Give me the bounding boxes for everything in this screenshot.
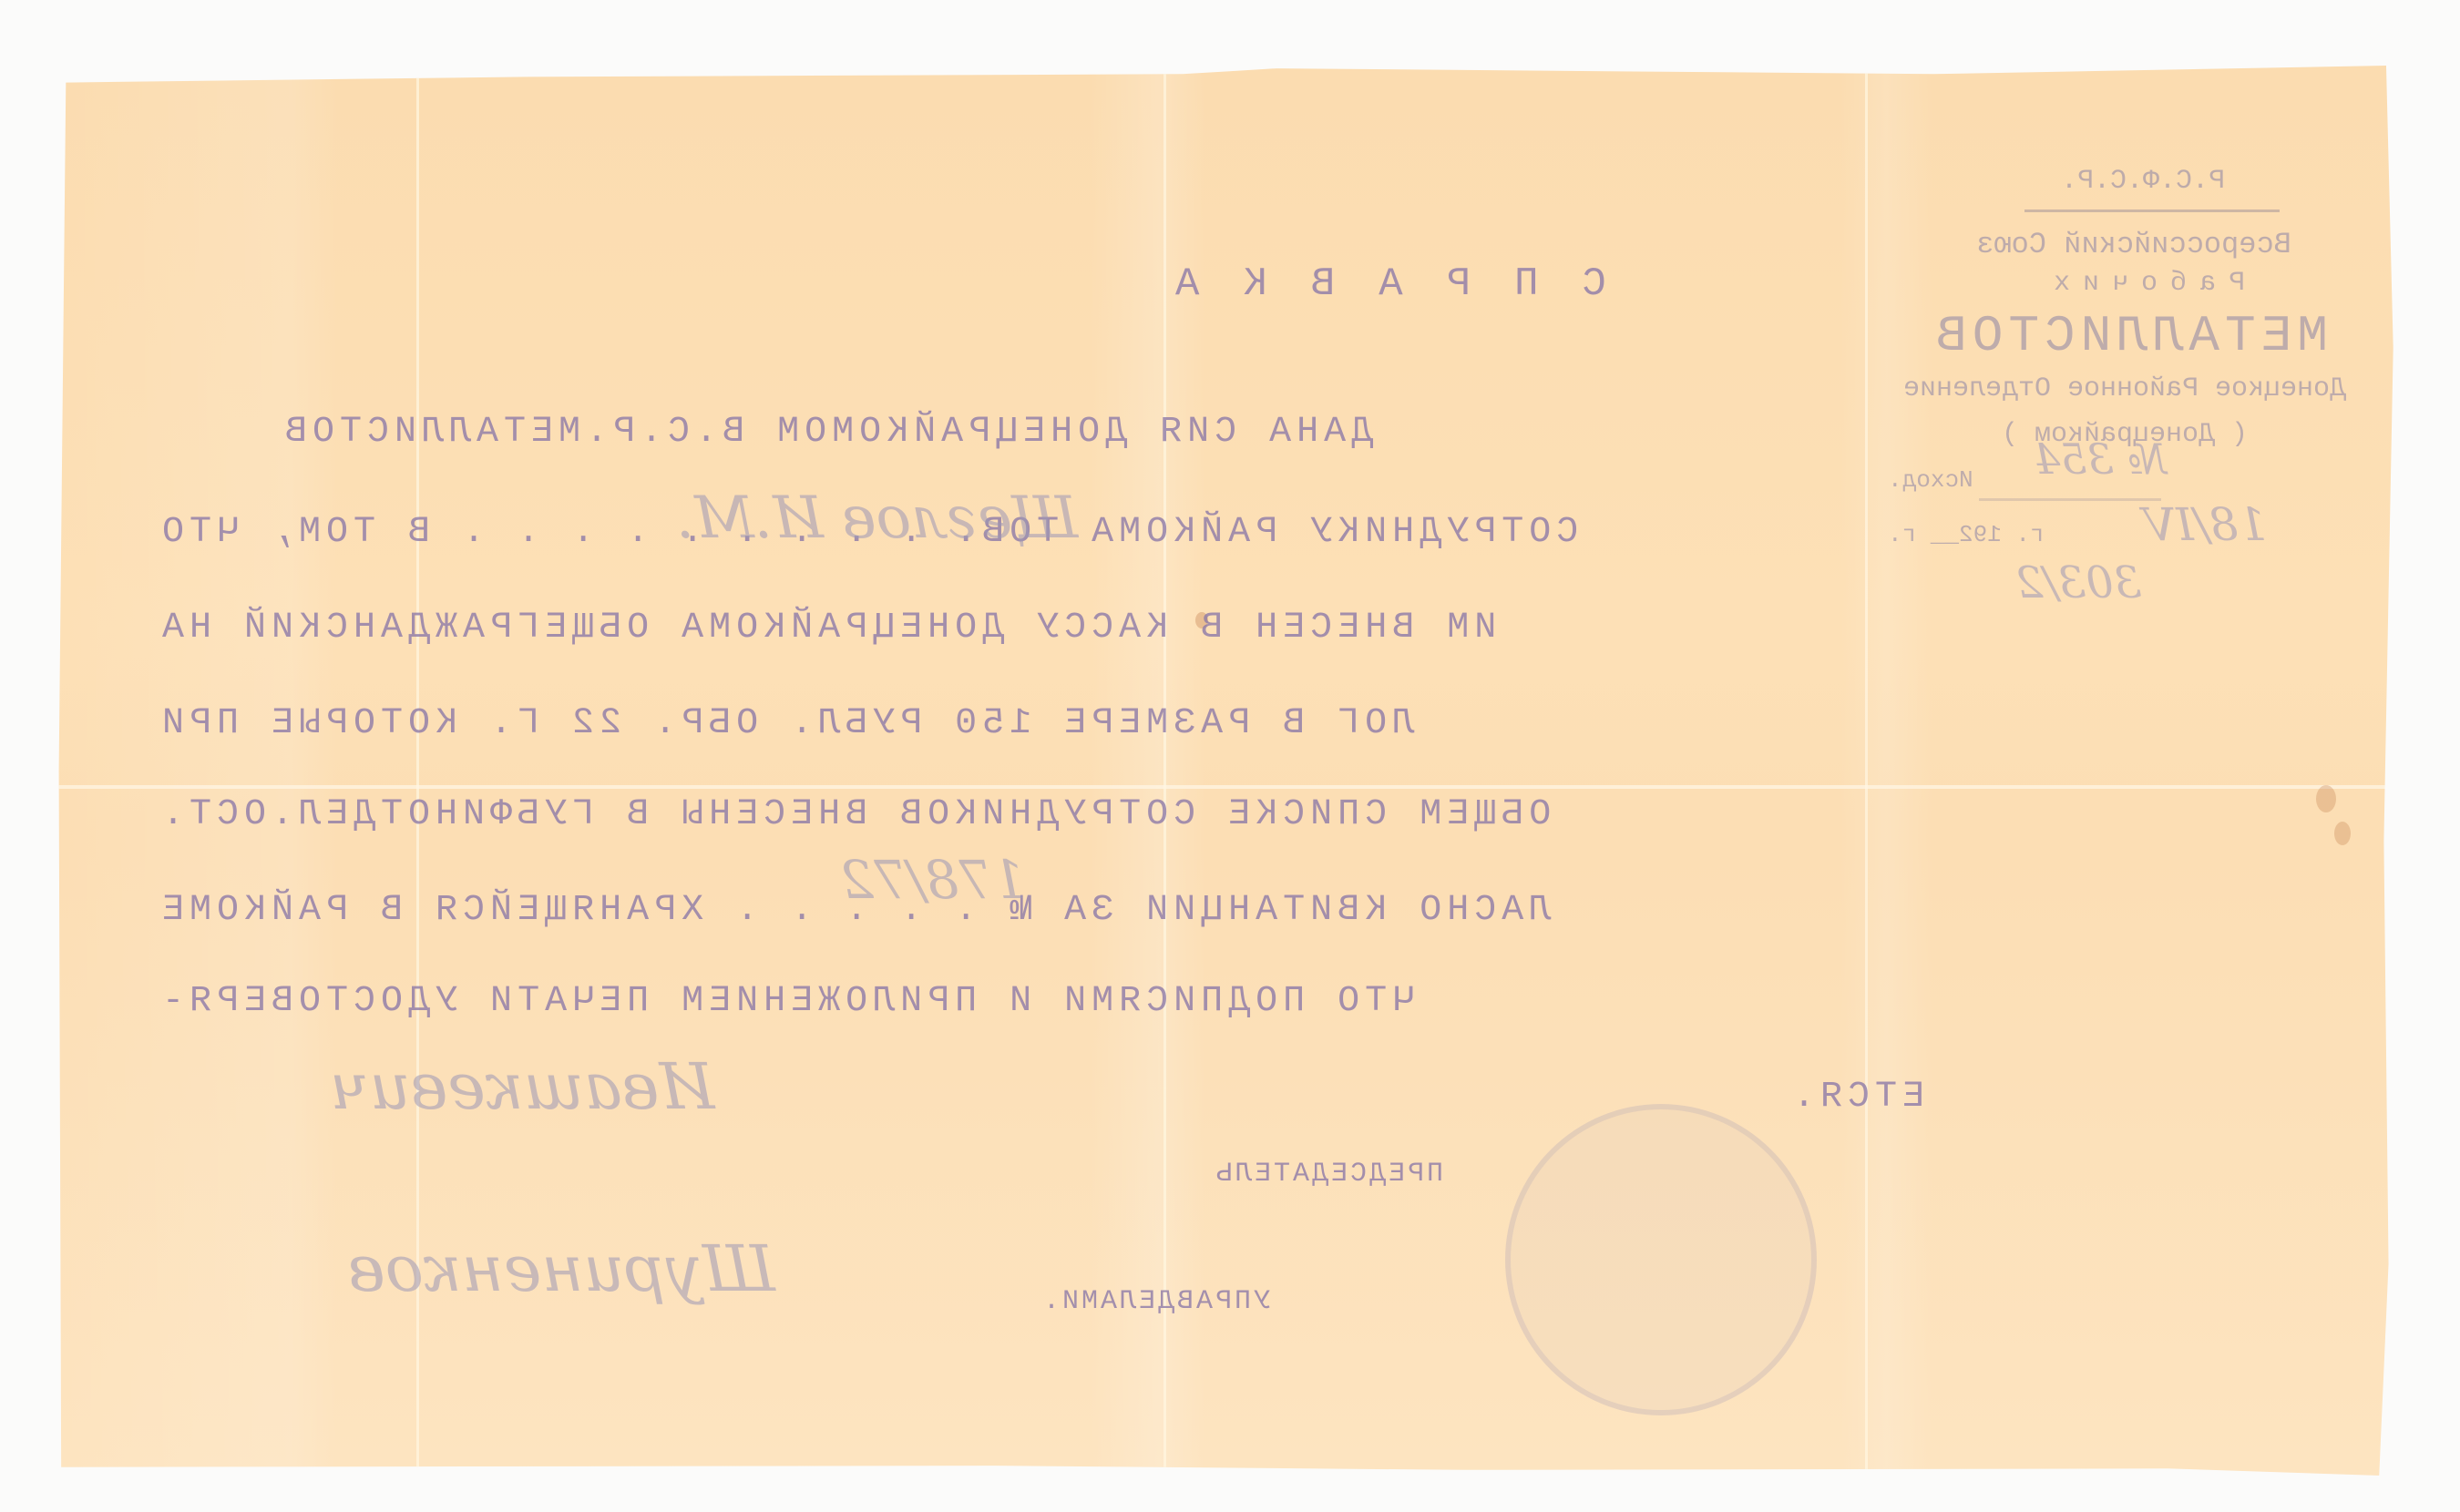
fold-crease-horizontal <box>56 785 2403 789</box>
stamp-line-workers: Рабочих <box>2015 268 2270 299</box>
body-line-7: ЧТО ПОДПИСЯМИ И ПРИЛОЖЕНИЕМ ПЕЧАТИ УДОСТ… <box>157 981 1414 1022</box>
stamp-line-rsfsr: Р.С.Ф.С.Р. <box>2006 166 2280 197</box>
stamp-handwritten-extra: 303/2 <box>2015 557 2141 608</box>
stamp-line-union: Всероссийский Союз <box>1888 228 2380 261</box>
body-line-5: ОБЩЕМ СПИСКЕ СОТРУДНИКОВ ВНЕСЕНЫ В ГУБФИ… <box>157 794 1551 835</box>
stamp-rule <box>1979 498 2161 501</box>
document-title: СПРАВКА <box>1132 261 1606 307</box>
body-line-3: ИМ ВНЕСЕН В КАССУ ДОНЕЦРАЙКОМА ОБЩЕГРАЖД… <box>157 608 1496 649</box>
stamp-line-metallists: МЕТАЛЛИСТОВ <box>1888 307 2371 365</box>
stamp-line-department: Донецкое Районное Отделение <box>1870 373 2380 404</box>
stamp-handwritten-number: № 354 <box>2034 434 2167 484</box>
stamp-handwritten-date: 18/IV <box>2143 498 2267 551</box>
chairman-role-label: ПРЕДСЕДАТЕЛЬ <box>1214 1159 1443 1190</box>
stamp-rule <box>2024 209 2280 212</box>
stamp-outgoing-label: Исход. <box>1888 466 1973 494</box>
round-seal <box>1505 1104 1817 1415</box>
manager-signature: Шуриненков <box>348 1231 775 1306</box>
body-line-8: ЕТСЯ. <box>1788 1077 1924 1118</box>
rust-stain <box>2316 785 2336 812</box>
stamp-date-label: г. 192__ г. <box>1888 521 2045 548</box>
rust-spot <box>1191 58 1200 67</box>
manager-role-label: УПРАВДЕЛАМИ. <box>1040 1286 1270 1317</box>
body-line-1: ДАНА СИЯ ДОНЕЦРАЙКОМОМ В.С.Р.МЕТАЛЛИСТОВ <box>280 412 1373 453</box>
body-line-4: ЛОГ В РАЗМЕРЕ 150 РУБЛ. ОБР. 22 Г. КОТОР… <box>157 703 1414 744</box>
document-sheet: СПРАВКА ДАНА СИЯ ДОНЕЦРАЙКОМОМ В.С.Р.МЕТ… <box>56 66 2403 1476</box>
rust-stain <box>2334 822 2351 845</box>
handwritten-receipt-number: 178/72 <box>840 849 1026 911</box>
chairman-signature: Ивашкевич <box>330 1049 714 1124</box>
fold-crease-vertical <box>1865 66 1868 1476</box>
handwritten-name: Щеглов И.М. <box>676 485 1079 552</box>
